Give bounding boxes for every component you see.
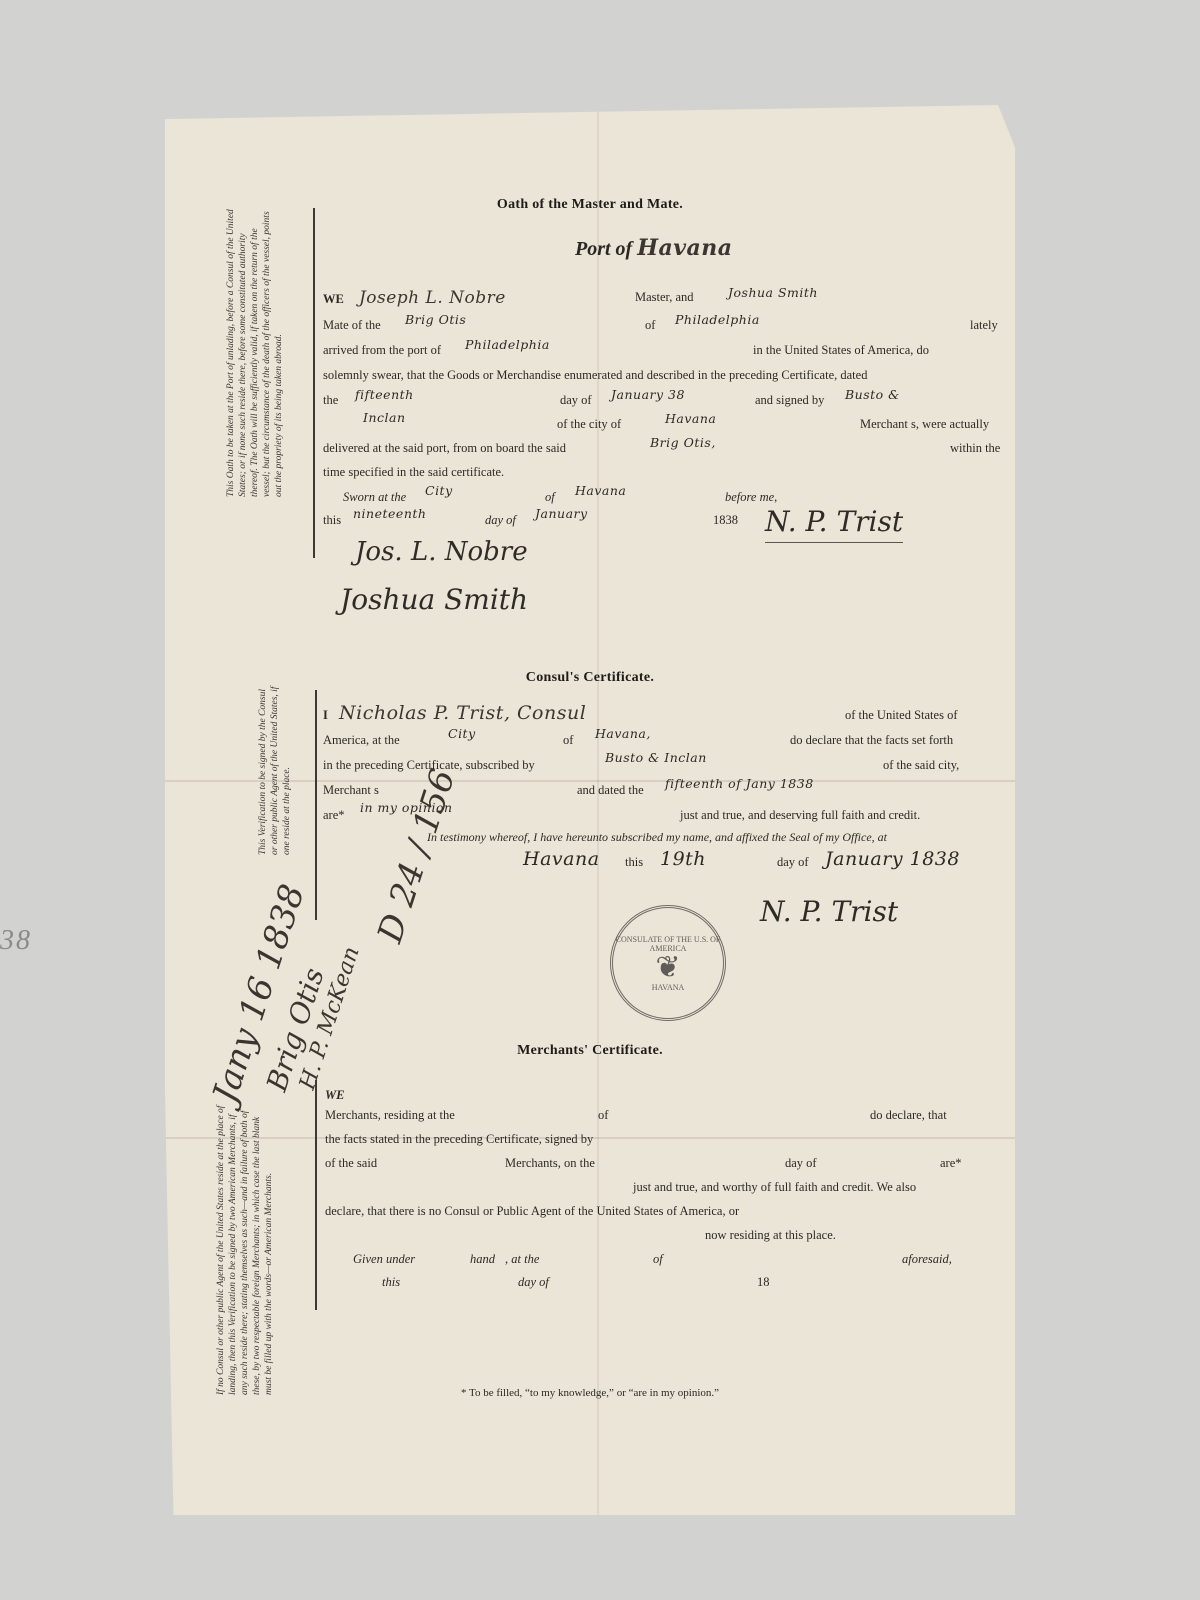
sworn-of: of	[545, 490, 555, 505]
this-label: this	[323, 513, 341, 528]
port-title: Port of Havana	[575, 235, 733, 261]
merchant-label: Merchant s, were actually	[860, 417, 989, 432]
given-c: , at the	[505, 1252, 539, 1267]
the-label: the	[323, 393, 338, 408]
side-bar	[315, 690, 317, 920]
sworn-month: January	[535, 506, 588, 521]
just-true: just and true, and deserving full faith …	[680, 808, 920, 823]
testimony-day: 19th	[660, 848, 706, 870]
delivered-vessel: Brig Otis,	[650, 435, 716, 450]
declare-text: do declare that the facts set forth	[790, 733, 953, 748]
side-bar	[313, 208, 315, 558]
time-specified: time specified in the said certificate.	[323, 465, 504, 480]
merchants-heading: Merchants' Certificate.	[165, 1043, 1015, 1059]
dated-month: January 38	[611, 387, 685, 402]
vessel-name: Brig Otis	[405, 312, 466, 327]
arrived-port: Philadelphia	[465, 337, 550, 352]
dated-day: fifteenth	[355, 387, 414, 402]
given-d: of	[653, 1252, 663, 1267]
given-b: hand	[470, 1252, 495, 1267]
signature-consul-oath: N. P. Trist	[765, 505, 903, 543]
given-e: aforesaid,	[902, 1252, 952, 1267]
merchants-line3-a: of the said	[325, 1156, 377, 1171]
signed-by-label: and signed by	[755, 393, 824, 408]
merchants-line6: now residing at this place.	[705, 1228, 836, 1243]
testimony-text: In testimony whereof, I have hereunto su…	[427, 830, 887, 845]
day-of-label: day of	[560, 393, 592, 408]
this-a: this	[382, 1275, 400, 1290]
oath-side-note: This Oath to be taken at the Port of unl…	[225, 207, 285, 497]
before-me: before me,	[725, 490, 777, 505]
merchant-label: Merchant s	[323, 783, 379, 798]
fold-line	[597, 105, 599, 1515]
arrived-label: arrived from the port of	[323, 343, 441, 358]
side-bar	[315, 1080, 317, 1310]
merchants-line1-c: do declare, that	[870, 1108, 947, 1123]
seal-text-bottom: HAVANA	[652, 983, 685, 992]
document-page: Oath of the Master and Mate. Port of Hav…	[165, 105, 1015, 1515]
oath-heading: Oath of the Master and Mate.	[165, 197, 1015, 213]
subscribers: Busto & Inclan	[605, 750, 707, 765]
america-at: America, at the	[323, 733, 400, 748]
master-name: Joseph L. Nobre	[359, 288, 506, 308]
within-label: within the	[950, 441, 1000, 456]
port-label: Port of	[575, 238, 632, 260]
margin-ref: D 24 / 156	[370, 764, 463, 947]
dated-value: fifteenth of Jany 1838	[665, 776, 814, 791]
consul-side-note: This Verification to be signed by the Co…	[257, 685, 293, 855]
merchants-line5: declare, that there is no Consul or Publ…	[325, 1204, 739, 1219]
city-value: Havana	[665, 411, 716, 426]
this-b: day of	[518, 1275, 549, 1290]
this-c: 18	[757, 1275, 770, 1290]
signer-1: Busto &	[845, 387, 900, 402]
merchants-line4: just and true, and worthy of full faith …	[633, 1180, 916, 1195]
vessel-home: Philadelphia	[675, 312, 760, 327]
consul-name: Nicholas P. Trist, Consul	[339, 702, 586, 724]
master-label: Master, and	[635, 290, 694, 305]
sworn-day-of: day of	[485, 513, 516, 528]
signature-consul: N. P. Trist	[760, 895, 898, 928]
swear-text: solemnly swear, that the Goods or Mercha…	[323, 368, 867, 383]
signature-master: Jos. L. Nobre	[355, 537, 528, 567]
of-us-label: of the United States of	[845, 708, 957, 723]
of-label: of	[563, 733, 573, 748]
sworn-city: Havana	[575, 483, 626, 498]
place-type: City	[448, 726, 476, 741]
of-label: of	[645, 318, 655, 333]
delivered-label: delivered at the said port, from on boar…	[323, 441, 566, 456]
this-label: this	[625, 855, 643, 870]
merchants-line3-c: day of	[785, 1156, 817, 1171]
sworn-year: 1838	[713, 513, 738, 528]
testimony-date: January 1838	[825, 848, 960, 870]
edge-mark: 38	[0, 925, 32, 957]
we-label: WE	[325, 1088, 344, 1103]
said-city: of the said city,	[883, 758, 959, 773]
in-us-label: in the United States of America, do	[753, 343, 929, 358]
consul-city: Havana,	[595, 726, 651, 741]
city-label: of the city of	[557, 417, 621, 432]
merchants-line1-b: of	[598, 1108, 608, 1123]
merchants-line3-d: are*	[940, 1156, 962, 1171]
given-a: Given under	[353, 1252, 415, 1267]
merchants-line3-b: Merchants, on the	[505, 1156, 595, 1171]
we-label: WE	[323, 292, 344, 306]
are-label: are*	[323, 808, 345, 823]
footnote: * To be filled, “to my knowledge,” or “a…	[165, 1387, 1015, 1399]
merchants-side-note: If no Consul or other public Agent of th…	[215, 1105, 275, 1395]
testimony-city: Havana	[523, 848, 600, 870]
mate-name: Joshua Smith	[728, 285, 818, 300]
signature-mate: Joshua Smith	[340, 583, 528, 616]
dated-label: and dated the	[577, 783, 644, 798]
signer-2: Inclan	[363, 410, 406, 425]
lately-label: lately	[970, 318, 998, 333]
sworn-label: Sworn at the	[343, 490, 406, 505]
sworn-place: City	[425, 483, 453, 498]
merchants-line2: the facts stated in the preceding Certif…	[325, 1132, 593, 1147]
seal-text-top: CONSULATE OF THE U.S. OF AMERICA	[613, 935, 723, 953]
day-of: day of	[777, 855, 809, 870]
sworn-day: nineteenth	[353, 506, 426, 521]
mate-of-label: Mate of the	[323, 318, 381, 333]
i-label: I	[323, 708, 328, 722]
consulate-seal: CONSULATE OF THE U.S. OF AMERICA ❦ HAVAN…	[610, 905, 726, 1021]
consul-heading: Consul's Certificate.	[165, 670, 1015, 686]
eagle-icon: ❦	[655, 953, 680, 983]
merchants-line1-a: Merchants, residing at the	[325, 1108, 455, 1123]
port-value: Havana	[637, 235, 732, 261]
